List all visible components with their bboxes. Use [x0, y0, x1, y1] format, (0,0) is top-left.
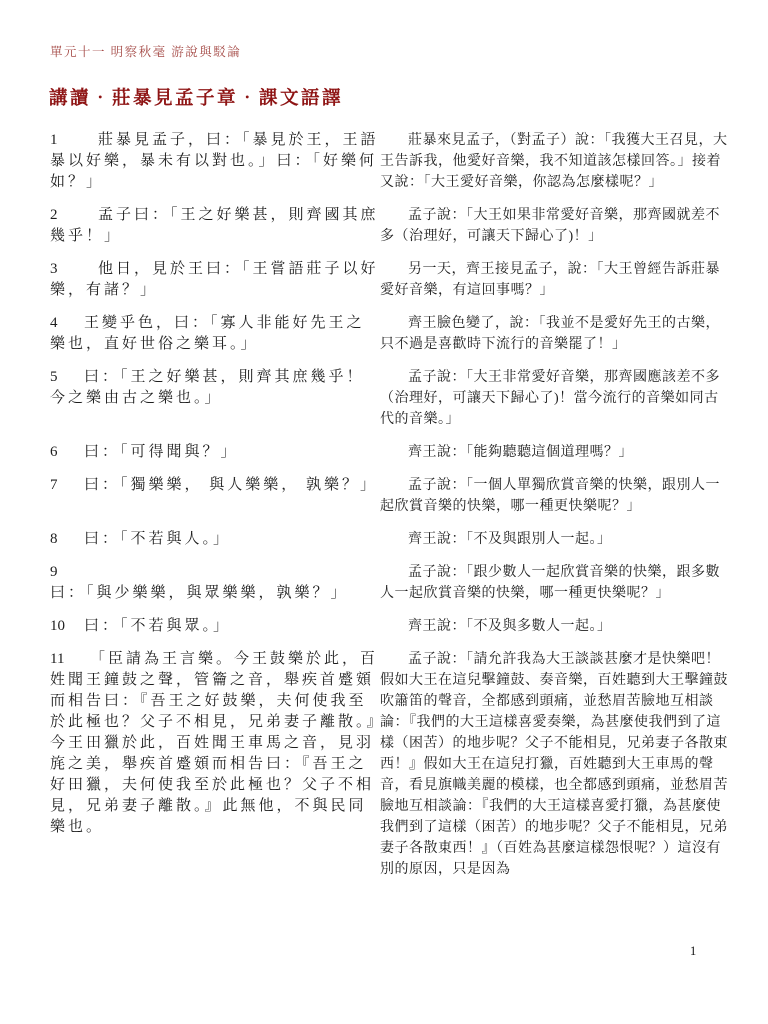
- paragraph-row: 5曰：「王之好樂甚，則齊其庶幾乎！今之樂由古之樂也。」 孟子說：「大王非常愛好音…: [50, 367, 728, 430]
- paragraph-number: 6: [50, 442, 84, 463]
- translation-text: 齊王臉色變了，說：「我並不是愛好先王的古樂，只不過是喜歡時下流行的音樂罷了！」: [380, 313, 728, 355]
- paragraph-number: 9: [50, 562, 84, 583]
- original-text-content: 他日，見於王曰：「王嘗語莊子以好樂，有諸？」: [50, 261, 379, 298]
- paragraph-row: 9曰：「與少樂樂，與眾樂樂，孰樂？」 孟子說：「跟少數人一起欣賞音樂的快樂，跟多…: [50, 562, 728, 604]
- paragraph-row: 3他日，見於王曰：「王嘗語莊子以好樂，有諸？」 另一天，齊王接見孟子，說：「大王…: [50, 259, 728, 301]
- paragraph-number: 5: [50, 367, 84, 388]
- original-text-content: 孟子曰：「王之好樂甚，則齊國其庶幾乎！」: [50, 207, 379, 244]
- document-page: 單元十一 明察秋毫 游說與駁論 講讀‧莊暴見孟子章‧課文語譯 1莊暴見孟子，曰：…: [0, 0, 768, 1024]
- original-text: 4王變乎色，曰：「寡人非能好先王之樂也，直好世俗之樂耳。」: [50, 313, 380, 355]
- paragraph-number: 4: [50, 313, 84, 334]
- translation-text: 齊王說：「不及與跟別人一起。」: [380, 529, 728, 550]
- original-text-content: 曰：「可得聞與？」: [84, 444, 239, 460]
- original-text-content: 曰：「不若與人。」: [84, 531, 231, 547]
- translation-text: 齊王說：「能夠聽聽這個道理嗎？」: [380, 442, 728, 463]
- translation-text: 孟子說：「一個人單獨欣賞音樂的快樂，跟別人一起欣賞音樂的快樂，哪一種更快樂呢？」: [380, 475, 728, 517]
- lesson-content: 1莊暴見孟子，曰：「暴見於王，王語暴以好樂，暴未有以對也。」曰：「好樂何如？」 …: [50, 130, 728, 892]
- unit-header: 單元十一 明察秋毫 游說與駁論: [50, 42, 241, 60]
- translation-text: 孟子說：「大王非常愛好音樂，那齊國應該差不多（治理好，可讓天下歸心了)！當今流行…: [380, 367, 728, 430]
- original-text: 10曰：「不若與眾。」: [50, 616, 380, 637]
- original-text: 2孟子曰：「王之好樂甚，則齊國其庶幾乎！」: [50, 205, 380, 247]
- page-title: 講讀‧莊暴見孟子章‧課文語譯: [49, 84, 343, 110]
- paragraph-number: 11: [50, 649, 90, 670]
- paragraph-number: 2: [50, 205, 98, 226]
- original-text: 7曰：「獨樂樂， 與人樂樂， 孰樂？」: [50, 475, 380, 496]
- paragraph-number: 3: [50, 259, 98, 280]
- paragraph-number: 10: [50, 616, 84, 637]
- original-text: 11「臣請為王言樂。今王鼓樂於此，百姓聞王鐘鼓之聲，管籥之音，舉疾首蹙頞而相告曰…: [50, 649, 380, 838]
- original-text-content: 曰：「獨樂樂， 與人樂樂， 孰樂？」: [84, 477, 378, 493]
- translation-text: 孟子說：「大王如果非常愛好音樂，那齊國就差不多（治理好，可讓天下歸心了)！」: [380, 205, 728, 247]
- translation-text: 齊王說：「不及與多數人一起。」: [380, 616, 728, 637]
- original-text-content: 曰：「不若與眾。」: [84, 618, 231, 634]
- original-text-content: 「臣請為王言樂。今王鼓樂於此，百姓聞王鐘鼓之聲，管籥之音，舉疾首蹙頞而相告曰：『…: [50, 651, 378, 835]
- original-text: 5曰：「王之好樂甚，則齊其庶幾乎！今之樂由古之樂也。」: [50, 367, 380, 409]
- original-text-content: 曰：「與少樂樂，與眾樂樂，孰樂？」: [50, 585, 349, 601]
- paragraph-row: 8曰：「不若與人。」 齊王說：「不及與跟別人一起。」: [50, 529, 728, 550]
- paragraph-row: 10曰：「不若與眾。」 齊王說：「不及與多數人一起。」: [50, 616, 728, 637]
- translation-text: 孟子說：「請允許我為大王談談甚麼才是快樂吧！假如大王在這兒擊鐘鼓、奏音樂，百姓聽…: [380, 649, 728, 880]
- original-text: 3他日，見於王曰：「王嘗語莊子以好樂，有諸？」: [50, 259, 380, 301]
- paragraph-row: 11「臣請為王言樂。今王鼓樂於此，百姓聞王鐘鼓之聲，管籥之音，舉疾首蹙頞而相告曰…: [50, 649, 728, 880]
- paragraph-row: 7曰：「獨樂樂， 與人樂樂， 孰樂？」 孟子說：「一個人單獨欣賞音樂的快樂，跟別…: [50, 475, 728, 517]
- original-text: 8曰：「不若與人。」: [50, 529, 380, 550]
- paragraph-number: 1: [50, 130, 98, 151]
- paragraph-row: 2孟子曰：「王之好樂甚，則齊國其庶幾乎！」 孟子說：「大王如果非常愛好音樂，那齊…: [50, 205, 728, 247]
- paragraph-row: 4王變乎色，曰：「寡人非能好先王之樂也，直好世俗之樂耳。」 齊王臉色變了，說：「…: [50, 313, 728, 355]
- original-text-content: 曰：「王之好樂甚，則齊其庶幾乎！今之樂由古之樂也。」: [50, 369, 365, 406]
- original-text: 6曰：「可得聞與？」: [50, 442, 380, 463]
- translation-text: 孟子說：「跟少數人一起欣賞音樂的快樂，跟多數人一起欣賞音樂的快樂，哪一種更快樂呢…: [380, 562, 728, 604]
- page-number: 1: [690, 944, 696, 959]
- paragraph-row: 1莊暴見孟子，曰：「暴見於王，王語暴以好樂，暴未有以對也。」曰：「好樂何如？」 …: [50, 130, 728, 193]
- original-text: 1莊暴見孟子，曰：「暴見於王，王語暴以好樂，暴未有以對也。」曰：「好樂何如？」: [50, 130, 380, 193]
- original-text-content: 莊暴見孟子，曰：「暴見於王，王語暴以好樂，暴未有以對也。」曰：「好樂何如？」: [50, 132, 379, 190]
- translation-text: 莊暴來見孟子，（對孟子）說：「我獲大王召見，大王告訴我，他愛好音樂，我不知道該怎…: [380, 130, 728, 193]
- paragraph-number: 8: [50, 529, 84, 550]
- original-text-content: 王變乎色，曰：「寡人非能好先王之樂也，直好世俗之樂耳。」: [50, 315, 365, 352]
- paragraph-number: 7: [50, 475, 84, 496]
- original-text: 9曰：「與少樂樂，與眾樂樂，孰樂？」: [50, 562, 380, 604]
- translation-text: 另一天，齊王接見孟子，說：「大王曾經告訴莊暴愛好音樂，有這回事嗎？」: [380, 259, 728, 301]
- paragraph-row: 6曰：「可得聞與？」 齊王說：「能夠聽聽這個道理嗎？」: [50, 442, 728, 463]
